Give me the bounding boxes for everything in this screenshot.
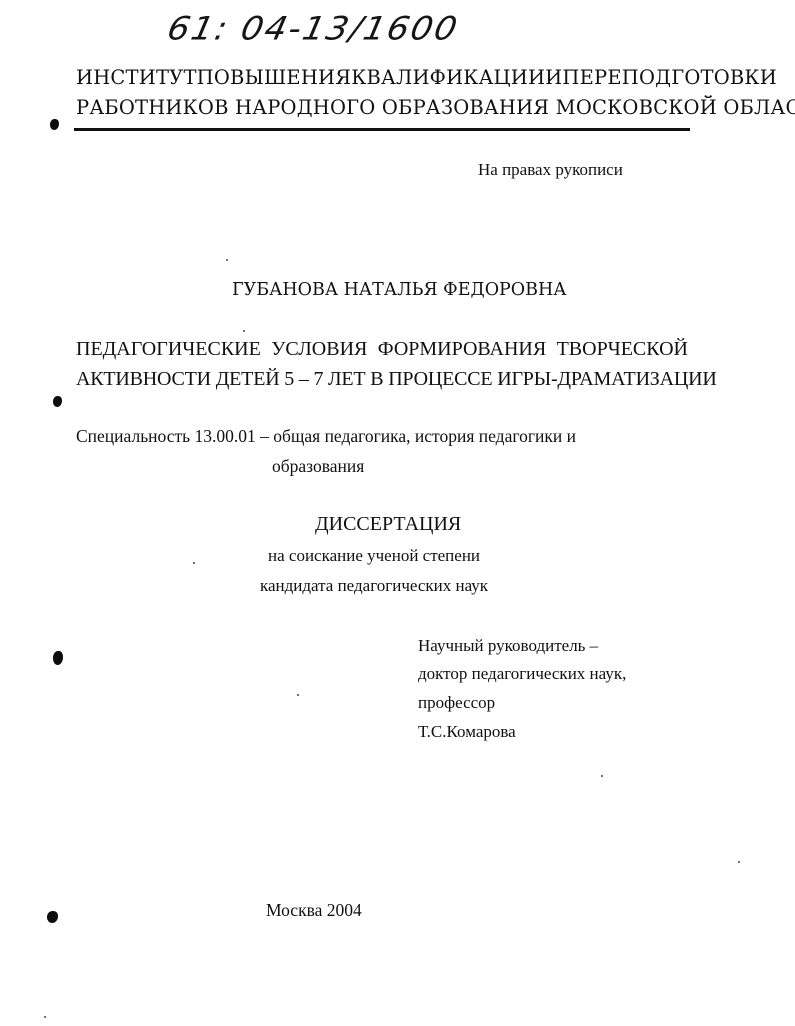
supervisor-label: Научный руководитель – — [418, 636, 598, 656]
specialty-line-2: образования — [272, 456, 364, 477]
scan-speck — [601, 775, 603, 777]
supervisor-name: Т.С.Комарова — [418, 722, 516, 742]
place-year: Москва 2004 — [266, 900, 362, 921]
specialty-line-1: Специальность 13.00.01 – общая педагогик… — [76, 426, 576, 447]
institution-word: КВАЛИФИКАЦИИ — [351, 66, 545, 89]
institution-word: И — [545, 66, 562, 89]
scan-speck — [243, 330, 245, 332]
institution-line-1: ИНСТИТУТ ПОВЫШЕНИЯ КВАЛИФИКАЦИИ И ПЕРЕПО… — [76, 66, 688, 89]
scan-blot — [47, 911, 58, 923]
scan-speck — [226, 259, 228, 261]
supervisor-degree: доктор педагогических наук, — [418, 664, 626, 684]
institution-word: ИНСТИТУТ — [76, 66, 197, 89]
title-word: ФОРМИРОВАНИЯ — [378, 338, 546, 361]
header-divider — [74, 128, 690, 131]
archive-stamp: 61: 04-13/1600 — [164, 10, 462, 48]
scan-speck — [738, 861, 740, 863]
title-word: УСЛОВИЯ — [271, 338, 367, 361]
title-line-2: АКТИВНОСТИ ДЕТЕЙ 5 – 7 ЛЕТ В ПРОЦЕССЕ ИГ… — [76, 368, 717, 391]
title-line-1: ПЕДАГОГИЧЕСКИЕ УСЛОВИЯ ФОРМИРОВАНИЯ ТВОР… — [76, 338, 688, 361]
scan-speck — [297, 694, 299, 696]
scan-speck — [193, 562, 195, 564]
institution-word: ПОВЫШЕНИЯ — [197, 66, 352, 89]
title-word: ПЕДАГОГИЧЕСКИЕ — [76, 338, 261, 361]
work-type-line-2: кандидата педагогических наук — [260, 576, 488, 596]
institution-word: ПЕРЕПОДГОТОВКИ — [562, 66, 777, 89]
scan-blot — [53, 396, 62, 407]
title-word: ТВОРЧЕСКОЙ — [557, 338, 688, 361]
manuscript-note: На правах рукописи — [478, 160, 623, 180]
supervisor-rank: профессор — [418, 693, 495, 713]
author-name: ГУБАНОВА НАТАЛЬЯ ФЕДОРОВНА — [232, 280, 567, 300]
scan-speck — [44, 1016, 46, 1018]
work-type-heading: ДИССЕРТАЦИЯ — [315, 513, 461, 536]
institution-line-2: РАБОТНИКОВ НАРОДНОГО ОБРАЗОВАНИЯ МОСКОВС… — [76, 96, 795, 119]
scan-blot — [53, 651, 63, 665]
scan-blot — [50, 119, 59, 130]
work-type-line-1: на соискание ученой степени — [268, 546, 480, 566]
